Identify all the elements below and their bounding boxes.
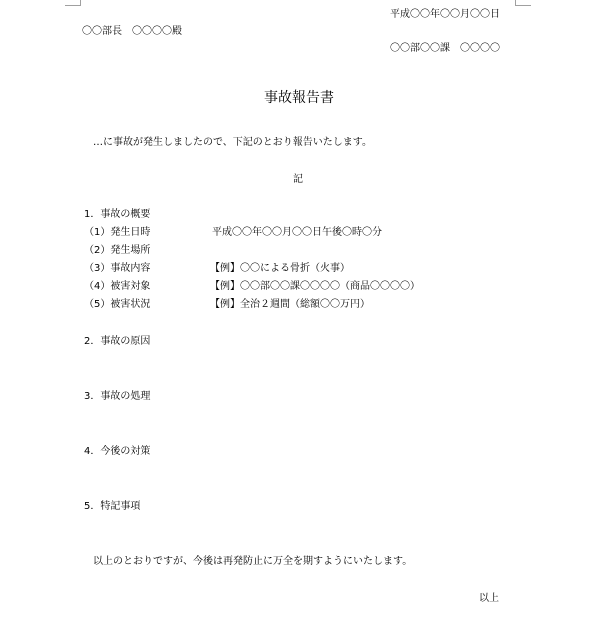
margin-corner-mark-left [65, 0, 81, 6]
item-value: 【例】〇〇による骨折（火事） [210, 264, 350, 274]
item-label: （1）発生日時 [84, 228, 150, 238]
section-heading-countermeasures: 4．今後の対策 [84, 447, 150, 457]
section-heading: 1．事故の概要 [84, 210, 150, 220]
ki-label: 記 [293, 175, 303, 185]
item-label: （5）被害状況 [84, 300, 150, 310]
closing-text: 以上のとおりですが、今後は再発防止に万全を期すようにいたします。 [93, 557, 412, 567]
document-title: 事故報告書 [0, 91, 598, 105]
item-label: （3）事故内容 [84, 264, 150, 274]
intro-text: …に事故が発生しましたので、下記のとおり報告いたします。 [93, 138, 372, 148]
item-value: 平成〇〇年〇〇月〇〇日午後〇時〇分 [212, 228, 382, 238]
sender: 〇〇部〇〇課 〇〇〇〇 [390, 44, 500, 54]
section-heading-cause: 2．事故の原因 [84, 337, 150, 347]
item-label: （4）被害対象 [84, 282, 150, 292]
margin-corner-mark-right [515, 0, 531, 6]
document-date: 平成〇〇年〇〇月〇〇日 [390, 10, 500, 20]
section-heading-notes: 5．特記事項 [84, 502, 140, 512]
item-value: 【例】全治２週間（総額〇〇万円） [210, 300, 370, 310]
section-heading-handling: 3．事故の処理 [84, 392, 150, 402]
item-value: 【例】〇〇部〇〇課〇〇〇〇（商品〇〇〇〇） [210, 282, 420, 292]
recipient: 〇〇部長 〇〇〇〇殿 [82, 27, 182, 37]
end-mark: 以上 [479, 594, 499, 604]
item-label: （2）発生場所 [84, 246, 150, 256]
